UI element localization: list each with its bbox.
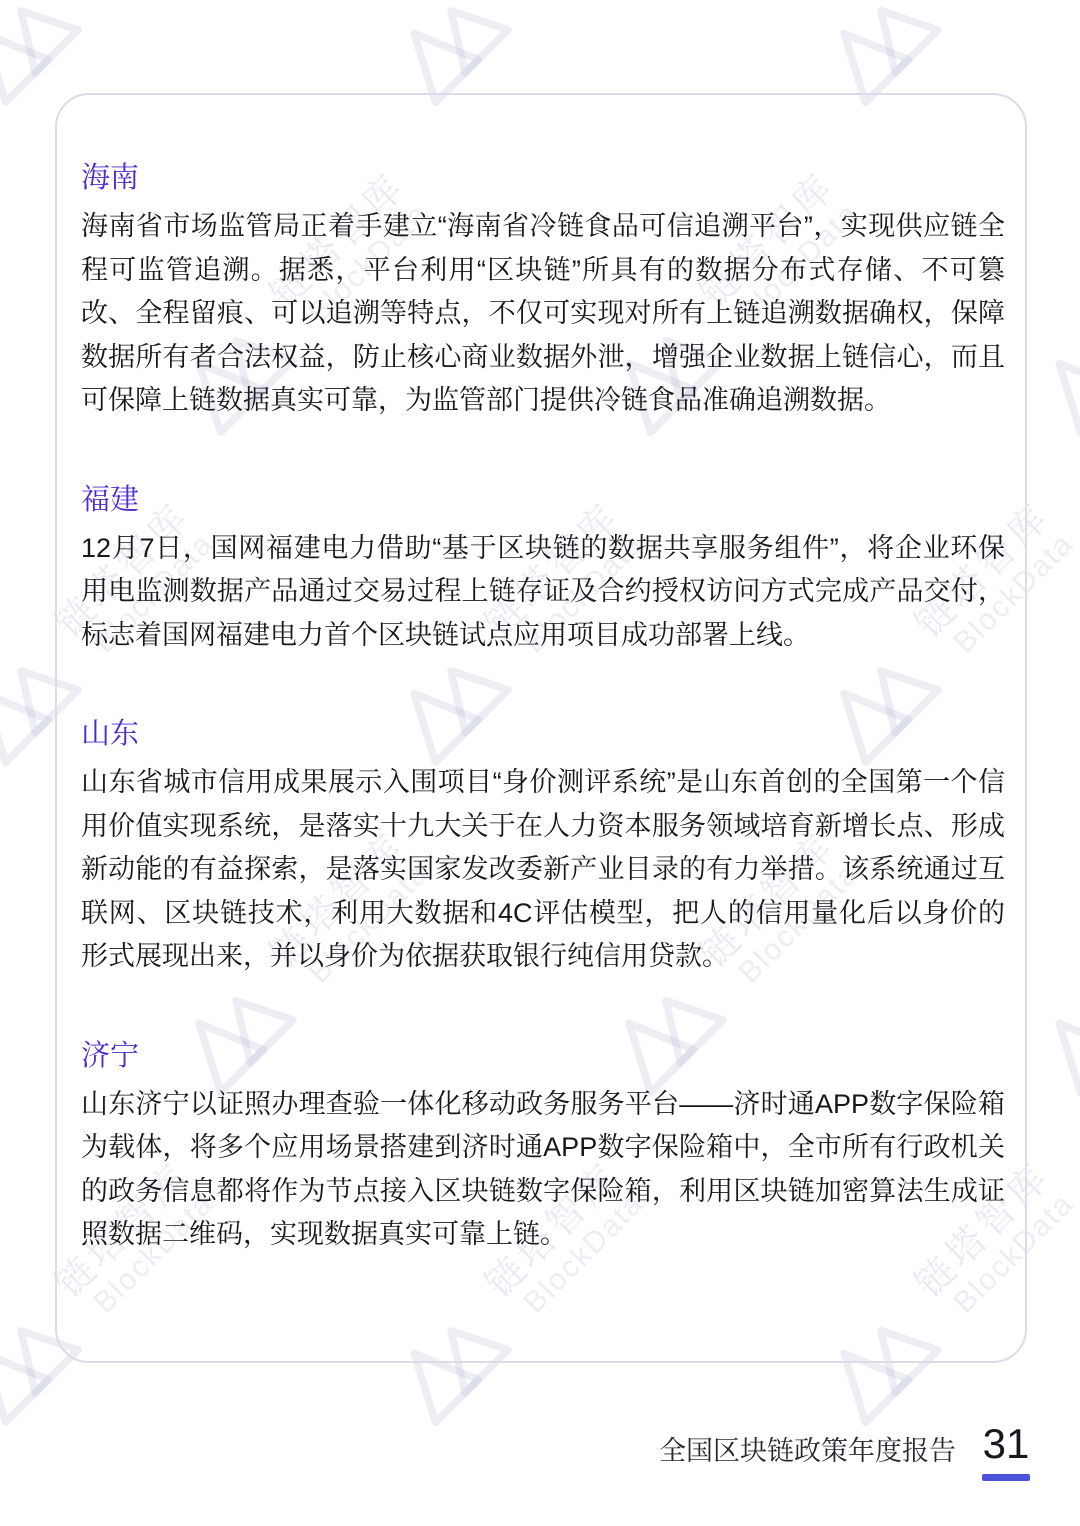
blockdata-logo-icon <box>1021 959 1080 1102</box>
watermark-tile: 链塔智库BlockData <box>1021 162 1080 442</box>
page-footer: 全国区块链政策年度报告 31 <box>659 1423 1030 1481</box>
page-number-block: 31 <box>982 1423 1030 1481</box>
blockdata-logo-icon <box>1021 299 1080 442</box>
content-card: 海南 海南省市场监管局正着手建立“海南省冷链食品可信追溯平台”，实现供应链全程可… <box>55 93 1027 1363</box>
page-number-underline <box>982 1474 1030 1481</box>
section-heading-jining: 济宁 <box>81 1039 1005 1073</box>
watermark-text: 链塔智库BlockData <box>908 0 1080 10</box>
section-fujian: 福建 12月7日，国网福建电力借助“基于区块链的数据共享服务组件”，将企业环保用… <box>81 483 1005 658</box>
section-paragraph: 海南省市场监管局正着手建立“海南省冷链食品可信追溯平台”，实现供应链全程可监管追… <box>81 205 1005 423</box>
section-paragraph: 山东省城市信用成果展示入围项目“身价测评系统”是山东首创的全国第一个信用价值实现… <box>81 761 1005 979</box>
section-hainan: 海南 海南省市场监管局正着手建立“海南省冷链食品可信追溯平台”，实现供应链全程可… <box>81 161 1005 423</box>
section-shandong: 山东 山东省城市信用成果展示入围项目“身价测评系统”是山东首创的全国第一个信用价… <box>81 717 1005 979</box>
section-paragraph: 山东济宁以证照办理查验一体化移动政务服务平台——济时通APP数字保险箱为载体，将… <box>81 1083 1005 1257</box>
section-heading-hainan: 海南 <box>81 161 1005 195</box>
watermark-text: 链塔智库BlockData <box>478 0 653 10</box>
section-heading-shandong: 山东 <box>81 717 1005 751</box>
section-heading-fujian: 福建 <box>81 483 1005 517</box>
section-jining: 济宁 山东济宁以证照办理查验一体化移动政务服务平台——济时通APP数字保险箱为载… <box>81 1039 1005 1257</box>
watermark-tile: 链塔智库BlockData <box>1021 822 1080 1102</box>
section-paragraph: 12月7日，国网福建电力借助“基于区块链的数据共享服务组件”，将企业环保用电监测… <box>81 527 1005 658</box>
watermark-text: 链塔智库BlockData <box>48 0 223 10</box>
report-title: 全国区块链政策年度报告 <box>659 1438 956 1481</box>
page-number: 31 <box>983 1423 1030 1465</box>
